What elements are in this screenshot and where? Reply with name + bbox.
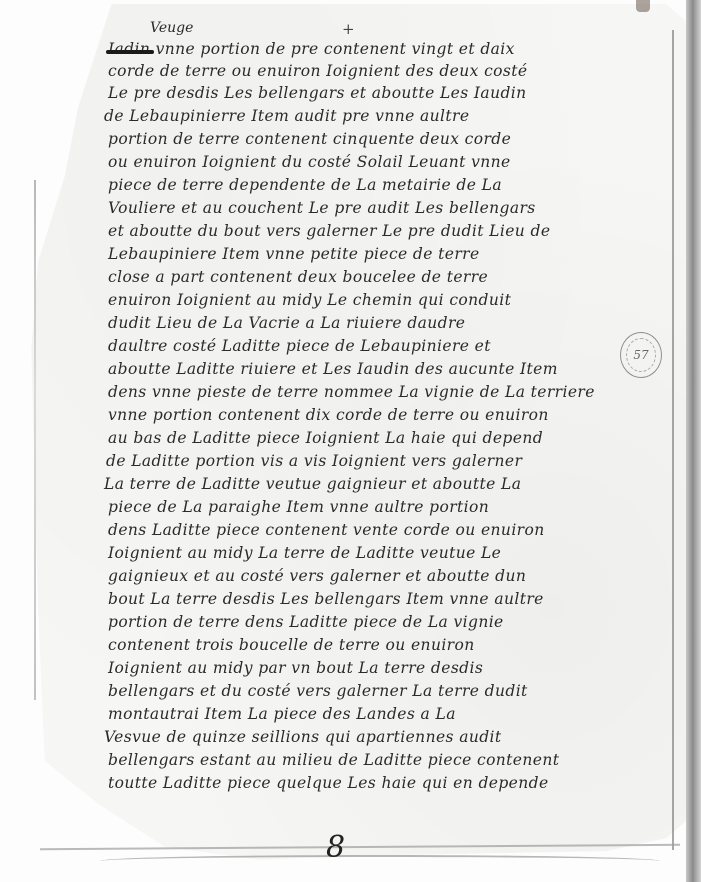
manuscript-line: dudit Lieu de La Vacrie a La riuiere dau… xyxy=(108,314,465,332)
marginal-note: Veuge xyxy=(150,20,193,36)
manuscript-line: toutte Laditte piece quelque Les haie qu… xyxy=(108,774,549,792)
manuscript-line: enuiron Ioignient au midy Le chemin qui … xyxy=(108,291,511,309)
manuscript-line: Iadin vnne portion de pre contenent ving… xyxy=(108,40,515,58)
folio-mark: 8 xyxy=(326,830,345,865)
manuscript-line: Ioignient au midy La terre de Laditte ve… xyxy=(108,544,501,562)
top-tear-mark xyxy=(636,0,650,12)
manuscript-line: contenent trois boucelle de terre ou enu… xyxy=(108,636,475,654)
manuscript-line: dens Laditte piece contenent vente corde… xyxy=(108,521,545,539)
right-fold-line xyxy=(672,30,674,850)
manuscript-line: Ioignient au midy par vn bout La terre d… xyxy=(108,659,483,677)
manuscript-line: La terre de Laditte veutue gaignieur et … xyxy=(104,475,521,493)
cross-mark-icon: + xyxy=(342,20,355,38)
struck-word: Iadin xyxy=(108,40,150,58)
manuscript-line: de Laditte portion vis a vis Ioignient v… xyxy=(106,452,522,470)
manuscript-line: Le pre desdis Les bellengars et aboutte … xyxy=(108,84,527,102)
manuscript-line: vnne portion contenent dix corde de terr… xyxy=(108,406,549,424)
line-text: vnne portion de pre contenent vingt et d… xyxy=(156,40,515,58)
manuscript-line: portion de terre dens Laditte piece de L… xyxy=(108,613,504,631)
manuscript-line: bout La terre desdis Les bellengars Item… xyxy=(108,590,544,608)
manuscript-line: portion de terre contenent cinquente deu… xyxy=(108,130,511,148)
manuscript-line: ou enuiron Ioignient du costé Solail Leu… xyxy=(108,153,511,171)
manuscript-line: dens vnne pieste de terre nommee La vign… xyxy=(108,383,595,401)
manuscript-line: daultre costé Laditte piece de Lebaupini… xyxy=(108,337,491,355)
manuscript-line: Vouliere et au couchent Le pre audit Les… xyxy=(108,199,536,217)
scanned-page: Veuge + Iadin vnne portion de pre conten… xyxy=(0,0,701,882)
bottom-curl-edge xyxy=(100,855,660,867)
manuscript-line: montautrai Item La piece des Landes a La xyxy=(108,705,456,723)
manuscript-line: corde de terre ou enuiron Ioignient des … xyxy=(108,62,527,80)
manuscript-line: aboutte Laditte riuiere et Les Iaudin de… xyxy=(108,360,558,378)
manuscript-line: Lebaupiniere Item vnne petite piece de t… xyxy=(108,245,480,263)
manuscript-line: close a part contenent deux boucelee de … xyxy=(108,268,488,286)
manuscript-line: et aboutte du bout vers galerner Le pre … xyxy=(108,222,550,240)
manuscript-line: piece de La paraighe Item vnne aultre po… xyxy=(108,498,489,516)
manuscript-line: bellengars estant au milieu de Laditte p… xyxy=(108,751,559,769)
manuscript-line: Vesvue de quinze seillions qui apartienn… xyxy=(104,728,502,746)
archive-stamp-icon: 57 xyxy=(620,332,662,378)
manuscript-line: bellengars et du costé vers galerner La … xyxy=(108,682,528,700)
stamp-text: 57 xyxy=(633,348,648,362)
torn-left-edge xyxy=(34,180,36,700)
manuscript-line: piece de terre dependente de La metairie… xyxy=(108,176,502,194)
binding-shadow xyxy=(686,0,701,882)
manuscript-line: au bas de Laditte piece Ioignient La hai… xyxy=(108,429,543,447)
manuscript-line: gaignieux et au costé vers galerner et a… xyxy=(108,567,526,585)
manuscript-line: de Lebaupinierre Item audit pre vnne aul… xyxy=(104,107,469,125)
